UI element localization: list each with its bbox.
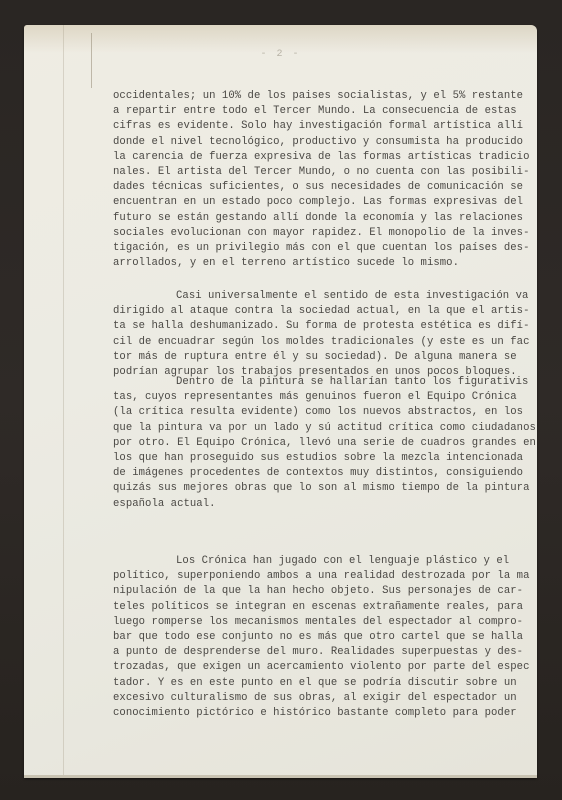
text-line: sociales evolucionan con mayor rapidez. … — [113, 226, 533, 241]
text-line: arrollados, y en el terreno artístico su… — [113, 256, 533, 271]
text-line: tigación, es un privilegio más con el qu… — [113, 241, 533, 256]
text-line: los que han proseguido sus estudios sobr… — [113, 451, 533, 466]
text-line: la carencia de fuerza expresiva de las f… — [113, 150, 533, 165]
text-line: tor más de ruptura entre él y su socieda… — [113, 350, 533, 365]
text-line: española actual. — [113, 497, 533, 512]
text-line: político, superponiendo ambos a una real… — [113, 569, 533, 584]
text-line: nales. El artista del Tercer Mundo, o no… — [113, 165, 533, 180]
text-line: cil de encuadrar según los moldes tradic… — [113, 335, 533, 350]
text-line: Dentro de la pintura se hallarían tanto … — [113, 375, 533, 390]
text-line: a repartir entre todo el Tercer Mundo. L… — [113, 104, 533, 119]
text-line: que la pintura va por un lado y sú actit… — [113, 421, 533, 436]
text-line: tador. Y es en este punto en el que se p… — [113, 676, 533, 691]
text-line: cifras es evidente. Solo hay investigaci… — [113, 119, 533, 134]
pencil-mark — [91, 33, 92, 88]
text-line: trozadas, que exigen un acercamiento vio… — [113, 660, 533, 675]
text-line: conocimiento pictórico e histórico basta… — [113, 706, 533, 721]
text-line: bar que todo ese conjunto no es más que … — [113, 630, 533, 645]
text-line: ta se halla deshumanizado. Su forma de p… — [113, 319, 533, 334]
typewritten-page: - 2 - occidentales; un 10% de los paises… — [24, 25, 537, 778]
paragraph-4: Los Crónica han jugado con el lenguaje p… — [113, 554, 533, 721]
page-fold-line — [63, 25, 64, 778]
text-line: de imágenes procedentes de contextos muy… — [113, 466, 533, 481]
text-line: luego romperse los mecanismos mentales d… — [113, 615, 533, 630]
text-line: encuentran en un estado poco complejo. L… — [113, 195, 533, 210]
text-line: tas, cuyos representantes más genuinos f… — [113, 390, 533, 405]
text-line: excesivo culturalismo de sus obras, al e… — [113, 691, 533, 706]
text-line: (la crítica resulta evidente) como los n… — [113, 405, 533, 420]
text-line: Casi universalmente el sentido de esta i… — [113, 289, 533, 304]
text-line: a punto de desprenderse del muro. Realid… — [113, 645, 533, 660]
paragraph-2: Casi universalmente el sentido de esta i… — [113, 289, 533, 380]
text-line: quizás sus mejores obras que lo son al m… — [113, 481, 533, 496]
text-line: dirigido al ataque contra la sociedad ac… — [113, 304, 533, 319]
text-line: por otro. El Equipo Crónica, llevó una s… — [113, 436, 533, 451]
text-line: Los Crónica han jugado con el lenguaje p… — [113, 554, 533, 569]
text-line: dades técnicas suficientes, o sus necesi… — [113, 180, 533, 195]
text-line: teles políticos se integran en escenas e… — [113, 600, 533, 615]
paragraph-3: Dentro de la pintura se hallarían tanto … — [113, 375, 533, 512]
paragraph-1: occidentales; un 10% de los paises socia… — [113, 89, 533, 271]
text-line: nipulación de la que la han hecho objeto… — [113, 584, 533, 599]
text-line: donde el nivel tecnológico, productivo y… — [113, 135, 533, 150]
text-line: futuro se están gestando allí donde la e… — [113, 211, 533, 226]
page-number: - 2 - — [24, 49, 537, 60]
text-line: occidentales; un 10% de los paises socia… — [113, 89, 533, 104]
